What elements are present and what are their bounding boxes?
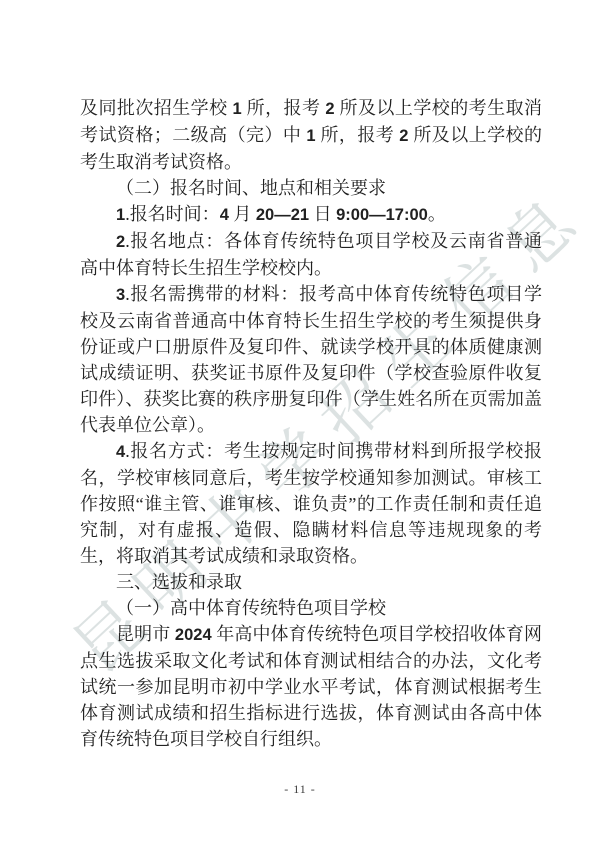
paragraph: 4.报名方式：考生按规定时间携带材料到所报学校报名，学校审核同意后，考生按学校通…	[80, 438, 542, 569]
numeric-text: 4	[116, 443, 125, 461]
numeric-text: 1	[306, 127, 315, 145]
numeric-text: 2024	[175, 626, 212, 644]
section-heading: 三、选拔和录取	[80, 569, 542, 595]
numeric-text: 20—21	[256, 206, 309, 224]
document-body: 及同批次招生学校 1 所，报考 2 所及以上学校的考生取消考试资格；二级高（完）…	[80, 95, 542, 752]
numeric-text: 1	[116, 206, 125, 224]
section-heading: （二）报名时间、地点和相关要求	[80, 175, 542, 201]
paragraph: 2.报名地点：各体育传统特色项目学校及云南省普通高中体育特长生招生学校校内。	[80, 228, 542, 281]
numeric-text: 2	[325, 100, 334, 118]
paragraph: 1.报名时间：4 月 20—21 日 9:00—17:00。	[80, 201, 542, 228]
numeric-text: 2	[116, 233, 125, 251]
numeric-text: 4	[220, 206, 229, 224]
paragraph: 及同批次招生学校 1 所，报考 2 所及以上学校的考生取消考试资格；二级高（完）…	[80, 95, 542, 175]
document-page: 昆明中学招生信息 及同批次招生学校 1 所，报考 2 所及以上学校的考生取消考试…	[0, 0, 600, 848]
page-number: - 11 -	[0, 782, 600, 797]
numeric-text: 9:00—17:00	[336, 206, 428, 224]
paragraph: 昆明市 2024 年高中体育传统特色项目学校招收体育网点生选拔采取文化考试和体育…	[80, 621, 542, 752]
numeric-text: 2	[399, 127, 408, 145]
numeric-text: 3	[116, 286, 125, 304]
section-heading: （一）高中体育传统特色项目学校	[80, 595, 542, 621]
numeric-text: 1	[233, 100, 242, 118]
paragraph: 3.报名需携带的材料：报考高中体育传统特色项目学校及云南省普通高中体育特长生招生…	[80, 281, 542, 438]
